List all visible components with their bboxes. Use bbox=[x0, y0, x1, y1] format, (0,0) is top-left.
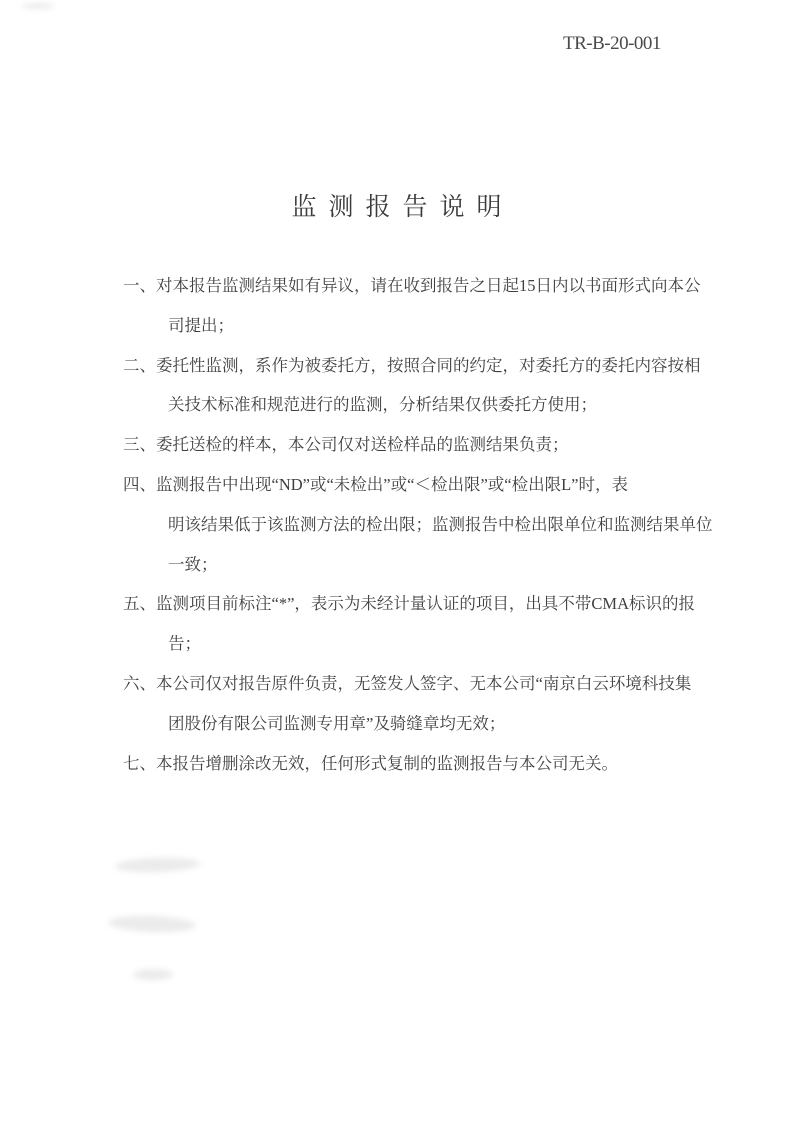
note-item: 七、本报告增删涂改无效，任何形式复制的监测报告与本公司无关。 bbox=[123, 744, 743, 784]
note-item-label: 六、 bbox=[123, 664, 156, 704]
note-line-continuation: 告； bbox=[168, 624, 743, 664]
note-item-label: 一、 bbox=[123, 266, 156, 306]
scan-smudge bbox=[133, 969, 173, 980]
note-line-first: 一、对本报告监测结果如有异议，请在收到报告之日起15日内以书面形式向本公 bbox=[123, 266, 743, 306]
note-item-label: 七、 bbox=[123, 744, 156, 784]
note-line-first: 七、本报告增删涂改无效，任何形式复制的监测报告与本公司无关。 bbox=[123, 744, 743, 784]
note-line-continuation: 关技术标准和规范进行的监测，分析结果仅供委托方使用； bbox=[168, 385, 743, 425]
note-item-text: 本公司仅对报告原件负责，无签发人签字、无本公司“南京白云环境科技集 bbox=[156, 674, 691, 693]
note-item-text: 监测项目前标注“*”，表示为未经计量认证的项目，出具不带CMA标识的报 bbox=[156, 594, 695, 613]
note-item-label: 二、 bbox=[123, 346, 156, 386]
note-item: 四、监测报告中出现“ND”或“未检出”或“＜检出限”或“检出限L”时，表明该结果… bbox=[123, 465, 743, 584]
note-item-text: 本报告增删涂改无效，任何形式复制的监测报告与本公司无关。 bbox=[156, 754, 618, 773]
note-item: 一、对本报告监测结果如有异议，请在收到报告之日起15日内以书面形式向本公司提出； bbox=[123, 266, 743, 346]
note-line-continuation: 团股份有限公司监测专用章”及骑缝章均无效； bbox=[168, 704, 743, 744]
note-item-label: 五、 bbox=[123, 584, 156, 624]
doc-number: TR-B-20-001 bbox=[563, 33, 661, 55]
note-line-first: 六、本公司仅对报告原件负责，无签发人签字、无本公司“南京白云环境科技集 bbox=[123, 664, 743, 704]
note-item: 三、委托送检的样本，本公司仅对送检样品的监测结果负责； bbox=[123, 425, 743, 465]
note-line-first: 二、委托性监测，系作为被委托方，按照合同的约定，对委托方的委托内容按相 bbox=[123, 346, 743, 386]
note-line-continuation: 一致； bbox=[168, 545, 743, 585]
scan-smudge bbox=[115, 857, 200, 874]
note-item: 二、委托性监测，系作为被委托方，按照合同的约定，对委托方的委托内容按相关技术标准… bbox=[123, 346, 743, 426]
scan-smudge bbox=[22, 3, 54, 9]
note-item-text: 委托送检的样本，本公司仅对送检样品的监测结果负责； bbox=[156, 435, 569, 454]
note-item-text: 委托性监测，系作为被委托方，按照合同的约定，对委托方的委托内容按相 bbox=[156, 356, 701, 375]
note-line-first: 五、监测项目前标注“*”，表示为未经计量认证的项目，出具不带CMA标识的报 bbox=[123, 584, 743, 624]
note-item-text: 监测报告中出现“ND”或“未检出”或“＜检出限”或“检出限L”时，表 bbox=[156, 475, 628, 494]
page-title: 监测报告说明 bbox=[0, 187, 793, 223]
document-page: TR-B-20-001 监测报告说明 一、对本报告监测结果如有异议，请在收到报告… bbox=[0, 0, 793, 1122]
note-item-label: 三、 bbox=[123, 425, 156, 465]
note-item-text: 对本报告监测结果如有异议，请在收到报告之日起15日内以书面形式向本公 bbox=[156, 276, 701, 295]
scan-smudge bbox=[108, 914, 197, 933]
note-item: 六、本公司仅对报告原件负责，无签发人签字、无本公司“南京白云环境科技集团股份有限… bbox=[123, 664, 743, 744]
note-item: 五、监测项目前标注“*”，表示为未经计量认证的项目，出具不带CMA标识的报告； bbox=[123, 584, 743, 664]
notes-list: 一、对本报告监测结果如有异议，请在收到报告之日起15日内以书面形式向本公司提出；… bbox=[123, 266, 743, 783]
note-line-continuation: 明该结果低于该监测方法的检出限；监测报告中检出限单位和监测结果单位 bbox=[168, 505, 743, 545]
note-line-first: 四、监测报告中出现“ND”或“未检出”或“＜检出限”或“检出限L”时，表 bbox=[123, 465, 743, 505]
note-line-first: 三、委托送检的样本，本公司仅对送检样品的监测结果负责； bbox=[123, 425, 743, 465]
note-line-continuation: 司提出； bbox=[168, 306, 743, 346]
note-item-label: 四、 bbox=[123, 465, 156, 505]
